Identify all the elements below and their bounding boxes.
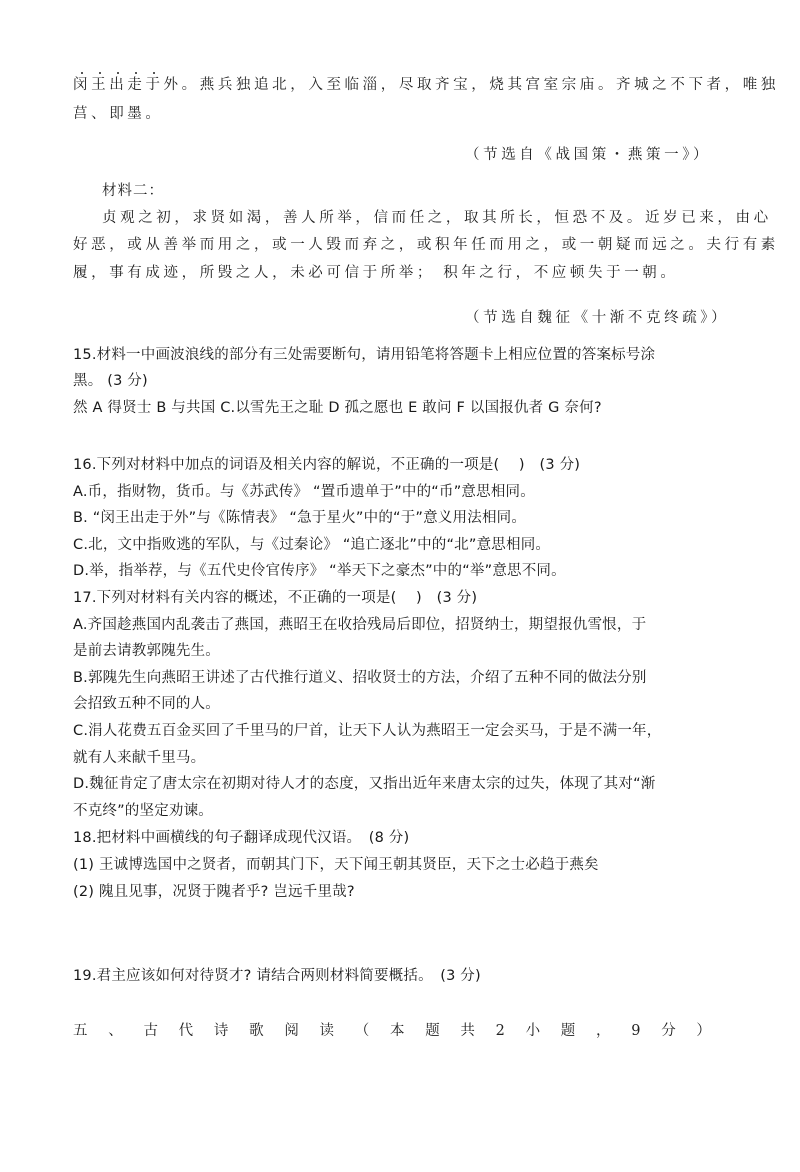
material-one-line-2: 莒、即墨。 — [73, 104, 164, 124]
heading-char: ， — [596, 1021, 611, 1041]
q17-option-c-line-1: C.涓人花费五百金买回了千里马的尸首，让天下人认为燕昭王一定会买马，于是不满一年… — [73, 721, 661, 741]
q16-option-b: B. “闵王出走于外”与《陈情表》 “急于星火”中的“于”意义用法相同。 — [73, 508, 526, 528]
heading-char: 共 — [460, 1021, 475, 1041]
q17-option-b-line-2: 会招致五种不同的人。 — [73, 694, 220, 714]
heading-char: 分 — [661, 1021, 676, 1041]
material-two-line-2: 好恶，或从善举而用之，或一人毁而弃之，或积年任而用之，或一朝疑而远之。夫行有素 — [73, 235, 779, 255]
heading-char: 2 — [496, 1021, 505, 1041]
heading-char: 小 — [526, 1021, 541, 1041]
q17-option-b-line-1: B.郭隗先生向燕昭王讲述了古代推行道义、招收贤士的方法，介绍了五种不同的做法分别 — [73, 668, 647, 688]
heading-char: 题 — [561, 1021, 576, 1041]
heading-char: 本 — [390, 1021, 405, 1041]
q18-item-1: (1) 王诚博选国中之贤者，而朝其门下，天下闻王朝其贤臣，天下之士必趋于燕矣 — [73, 855, 599, 875]
q16-option-c: C.北，文中指败逃的军队，与《过秦论》 “追亡逐北”中的“北”意思相同。 — [73, 535, 550, 555]
heading-char: 五 — [73, 1021, 88, 1041]
emphasis-char: 于 — [145, 77, 163, 93]
q16-option-d: D.举，指举荐，与《五代史伶官传序》 “举天下之豪杰”中的“举”意思不同。 — [73, 561, 566, 581]
q16-option-a: A.币，指财物，货币。与《苏武传》 “置币遗单于”中的“币”意思相同。 — [73, 482, 535, 502]
emphasis-char: 闵 — [73, 77, 91, 93]
q18-stem: 18.把材料中画横线的句子翻译成现代汉语。 (8 分) — [73, 828, 409, 848]
q15-stem-line-2: 黑。 (3 分) — [73, 371, 148, 391]
material-one-source: （节选自《战国策・燕策一》） — [465, 145, 711, 165]
material-one-line-1-text: 外。燕兵独追北，入至临淄，尽取齐宝，烧其宫室宗庙。齐城之不下者，唯独 — [164, 77, 779, 93]
material-one-line-1: 闵王出走于外。燕兵独追北，入至临淄，尽取齐宝，烧其宫室宗庙。齐城之不下者，唯独 — [73, 75, 779, 95]
material-two-source: （节选自魏征《十渐不克终疏》） — [465, 308, 729, 328]
material-two-label: 材料二： — [102, 181, 164, 201]
q15-sentence: 然 A 得贤士 B 与共国 C.以雪先王之耻 D 孤之愿也 E 敢问 F 以国报… — [73, 398, 602, 418]
heading-char: 、 — [108, 1021, 123, 1041]
heading-char: 读 — [320, 1021, 335, 1041]
q17-option-d-line-1: D.魏征肯定了唐太宗在初期对待人才的态度，又指出近年来唐太宗的过失，体现了其对“… — [73, 774, 655, 794]
q17-option-a-line-1: A.齐国趁燕国内乱袭击了燕国，燕昭王在收拾残局后即位，招贤纳士，期望报仇雪恨，于 — [73, 615, 646, 635]
heading-char: 古 — [143, 1021, 158, 1041]
q17-option-a-line-2: 是前去请教郭隗先生。 — [73, 641, 220, 661]
section-five-heading: 五 、 古 代 诗 歌 阅 读 （ 本 题 共 2 小 题 ， 9 分 ） — [73, 1021, 711, 1041]
exam-page: 闵王出走于外。燕兵独追北，入至临淄，尽取齐宝，烧其宫室宗庙。齐城之不下者，唯独 … — [0, 0, 800, 1172]
emphasis-char: 王 — [91, 77, 109, 93]
q17-option-c-line-2: 就有人来献千里马。 — [73, 748, 205, 768]
heading-char: 代 — [179, 1021, 194, 1041]
material-two-line-1: 贞观之初，求贤如渴，善人所举，信而任之，取其所长，恒恐不及。近岁已来，由心 — [102, 208, 772, 228]
q19-stem: 19.君主应该如何对待贤才? 请结合两则材料简要概括。 (3 分) — [73, 966, 481, 986]
q17-stem: 17.下列对材料有关内容的概述，不正确的一项是( ) (3 分) — [73, 588, 477, 608]
q18-item-2: (2) 隗且见事，况贤于隗者乎? 岂远千里哉? — [73, 882, 355, 902]
heading-char: 歌 — [249, 1021, 264, 1041]
heading-char: 阅 — [284, 1021, 299, 1041]
heading-char: ） — [696, 1021, 711, 1041]
heading-char: （ — [355, 1021, 370, 1041]
emphasis-char: 走 — [127, 77, 145, 93]
q15-stem-line-1: 15.材料一中画波浪线的部分有三处需要断句，请用铅笔将答题卡上相应位置的答案标号… — [73, 345, 655, 365]
q17-option-d-line-2: 不克终”的坚定劝谏。 — [73, 801, 213, 821]
emphasis-char: 出 — [109, 77, 127, 93]
material-two-line-3: 履，事有成迹，所毁之人，未必可信于所举； 积年之行，不应顿失于一朝。 — [73, 263, 679, 283]
heading-char: 诗 — [214, 1021, 229, 1041]
q16-stem: 16.下列对材料中加点的词语及相关内容的解说，不正确的一项是( ) (3 分) — [73, 455, 580, 475]
heading-char: 9 — [631, 1021, 640, 1041]
heading-char: 题 — [425, 1021, 440, 1041]
